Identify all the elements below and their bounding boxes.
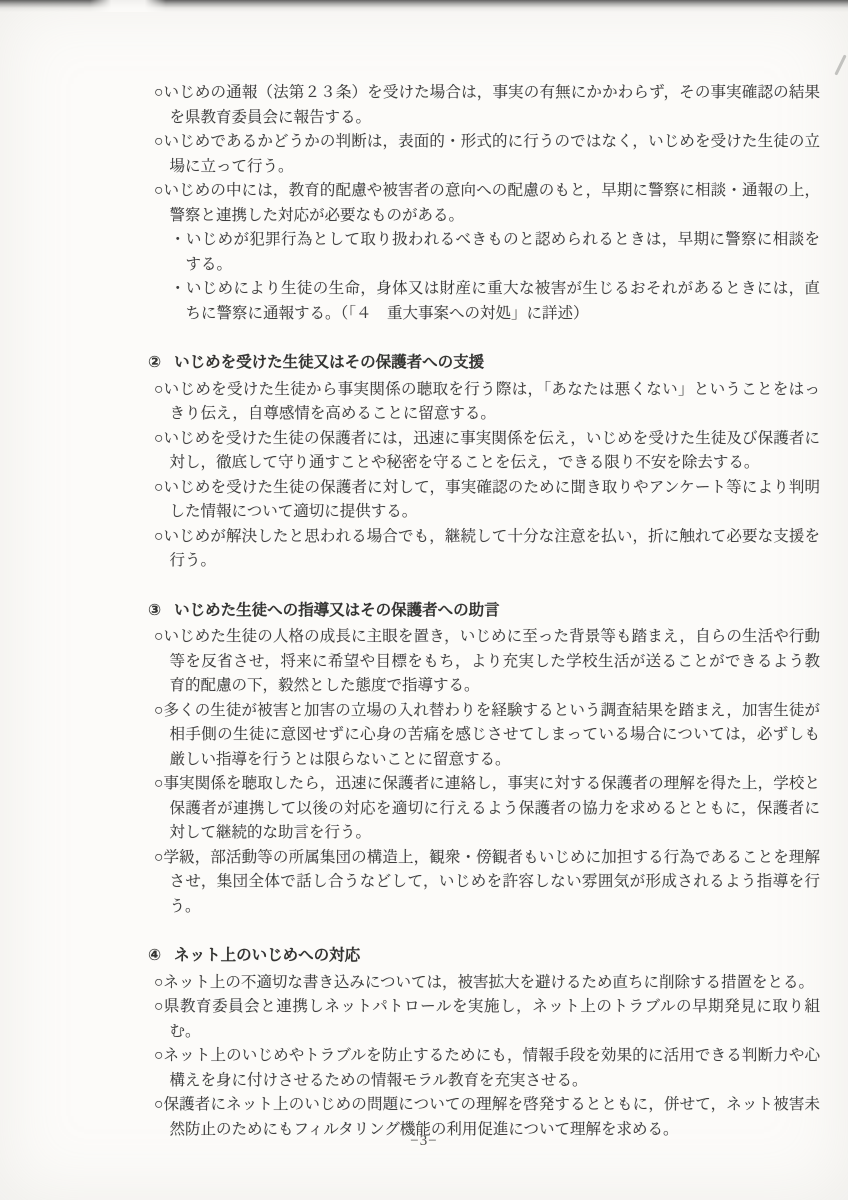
list-item: ○ネット上の不適切な書き込みについては，被害拡大を避けるため直ちに削除する措置を… [148,971,820,996]
section-number: ④ [148,947,161,964]
list-item: ○ネット上のいじめやトラブルを防止するためにも，情報手段を効果的に活用できる判断… [148,1044,820,1093]
section-guidance-bully: ③いじめた生徒への指導又はその保護者への助言 ○いじめた生徒の人格の成長に主眼を… [148,599,820,920]
section-title: いじめを受けた生徒又はその保護者への支援 [174,354,484,371]
list-item: ○多くの生徒が被害と加害の立場の入れ替わりを経験するという調査結果を踏まえ，加害… [148,699,820,773]
section-heading: ②いじめを受けた生徒又はその保護者への支援 [148,351,820,376]
section-title: いじめた生徒への指導又はその保護者への助言 [174,602,500,619]
list-item: ○事実関係を聴取したら，迅速に保護者に連絡し，事実に対する保護者の理解を得た上，… [148,772,820,846]
list-item: ○いじめを受けた生徒の保護者には，迅速に事実関係を伝え，いじめを受けた生徒及び保… [148,427,820,476]
list-item: ○いじめの通報（法第２３条）を受けた場合は，事実の有無にかかわらず，その事実確認… [148,81,820,130]
list-item: ○いじめた生徒の人格の成長に主眼を置き，いじめに至った背景等も踏まえ，自らの生活… [148,625,820,699]
scan-edge-gap [90,0,166,12]
section-heading: ④ネット上のいじめへの対応 [148,944,820,969]
list-item: ○いじめが解決したと思われる場合でも，継続して十分な注意を払い，折に触れて必要な… [148,525,820,574]
section-heading: ③いじめた生徒への指導又はその保護者への助言 [148,599,820,624]
section-support-victim: ②いじめを受けた生徒又はその保護者への支援 ○いじめを受けた生徒から事実関係の聴… [148,351,820,574]
list-item: ○いじめであるかどうかの判断は，表面的・形式的に行うのではなく，いじめを受けた生… [148,130,820,179]
list-item: ○いじめを受けた生徒の保護者に対して，事実確認のために聞き取りやアンケート等によ… [148,476,820,525]
section-number: ③ [148,602,161,619]
document-body: ○いじめの通報（法第２３条）を受けた場合は，事実の有無にかかわらず，その事実確認… [148,81,820,1142]
sub-list-item: ・いじめにより生徒の生命，身体又は財産に重大な被害が生じるおそれがあるときには，… [148,277,820,326]
pen-mark [834,54,846,75]
section-number: ② [148,354,161,371]
list-item: ○いじめを受けた生徒から事実関係の聴取を行う際は，「あなたは悪くない」ということ… [148,378,820,427]
scanned-document-page: ○いじめの通報（法第２３条）を受けた場合は，事実の有無にかかわらず，その事実確認… [0,0,848,1200]
section-police-cooperation: ○いじめの通報（法第２３条）を受けた場合は，事実の有無にかかわらず，その事実確認… [148,81,820,326]
sub-list-item: ・いじめが犯罪行為として取り扱われるべきものと認められるときは，早期に警察に相談… [148,228,820,277]
section-title: ネット上のいじめへの対応 [174,947,360,964]
list-item: ○いじめの中には，教育的配慮や被害者の意向への配慮のもと，早期に警察に相談・通報… [148,179,820,228]
list-item: ○県教育委員会と連携しネットパトロールを実施し，ネット上のトラブルの早期発見に取… [148,995,820,1044]
list-item: ○学級，部活動等の所属集団の構造上，観衆・傍観者もいじめに加担する行為であること… [148,846,820,920]
section-net-bullying: ④ネット上のいじめへの対応 ○ネット上の不適切な書き込みについては，被害拡大を避… [148,944,820,1142]
page-number: −3− [0,1130,848,1152]
